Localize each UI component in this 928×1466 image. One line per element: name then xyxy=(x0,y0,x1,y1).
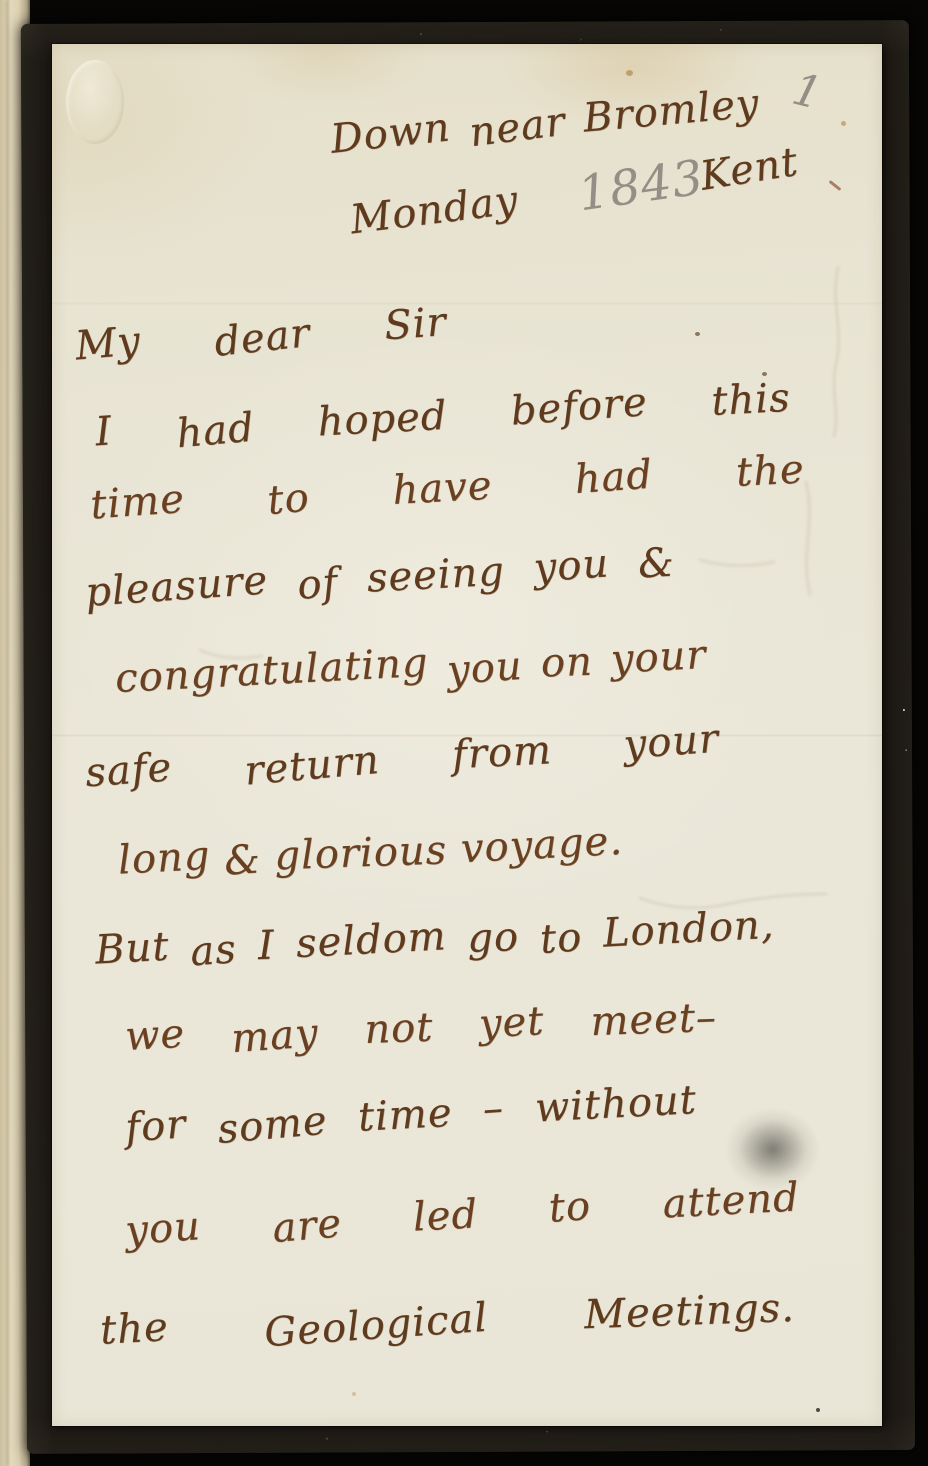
ink-dot xyxy=(695,332,700,336)
word: dear xyxy=(213,313,313,363)
word: pleasure xyxy=(84,560,269,613)
word: before xyxy=(510,382,649,431)
word: may xyxy=(230,1013,320,1059)
word: But xyxy=(94,927,170,971)
word: the xyxy=(735,449,806,493)
word: the xyxy=(99,1307,170,1351)
word: seldom xyxy=(295,916,447,964)
word: have xyxy=(392,466,494,511)
word: to xyxy=(539,917,584,960)
word: meet– xyxy=(590,998,718,1042)
word: of xyxy=(296,563,340,606)
word: I xyxy=(257,926,275,967)
word: time xyxy=(89,479,186,525)
word: seeing xyxy=(366,551,506,598)
word: for xyxy=(124,1104,188,1148)
word: you xyxy=(446,646,524,691)
word: on xyxy=(540,642,593,684)
word: from xyxy=(451,730,553,775)
word: as xyxy=(189,929,238,972)
word: you xyxy=(532,543,610,588)
word: long xyxy=(117,836,211,881)
photo-stage: DownnearBromley1Monday1843KentMydearSirI… xyxy=(0,0,928,1466)
word: hoped xyxy=(317,396,449,443)
word: are xyxy=(271,1203,344,1249)
word: glorious xyxy=(274,830,448,876)
word: go xyxy=(467,917,520,959)
word: Sir xyxy=(383,302,448,346)
word: Down xyxy=(329,107,453,159)
word: London, xyxy=(602,905,775,954)
word: return xyxy=(243,740,381,792)
word: you xyxy=(124,1206,202,1251)
word: & xyxy=(223,839,262,881)
word: had xyxy=(174,408,255,455)
ink-dot xyxy=(762,372,767,376)
word: time xyxy=(357,1093,453,1138)
word: yet xyxy=(478,1001,545,1044)
word: I xyxy=(94,411,114,452)
word: & xyxy=(637,543,676,585)
word: to xyxy=(266,478,311,522)
word: some xyxy=(216,1101,329,1150)
word: attend xyxy=(662,1177,801,1224)
word: Meetings. xyxy=(583,1288,795,1335)
word: voyage. xyxy=(460,821,624,869)
word: had xyxy=(574,455,655,500)
word: to xyxy=(548,1186,593,1229)
word: – xyxy=(482,1088,506,1129)
word: My xyxy=(74,321,143,367)
word: near xyxy=(467,102,568,153)
word: not xyxy=(364,1008,434,1050)
word: this xyxy=(710,378,791,422)
word: safe xyxy=(84,747,173,793)
word: your xyxy=(610,635,708,680)
word: led xyxy=(412,1194,479,1237)
word: your xyxy=(623,719,721,766)
word: we xyxy=(124,1014,186,1057)
word: without xyxy=(534,1080,698,1128)
